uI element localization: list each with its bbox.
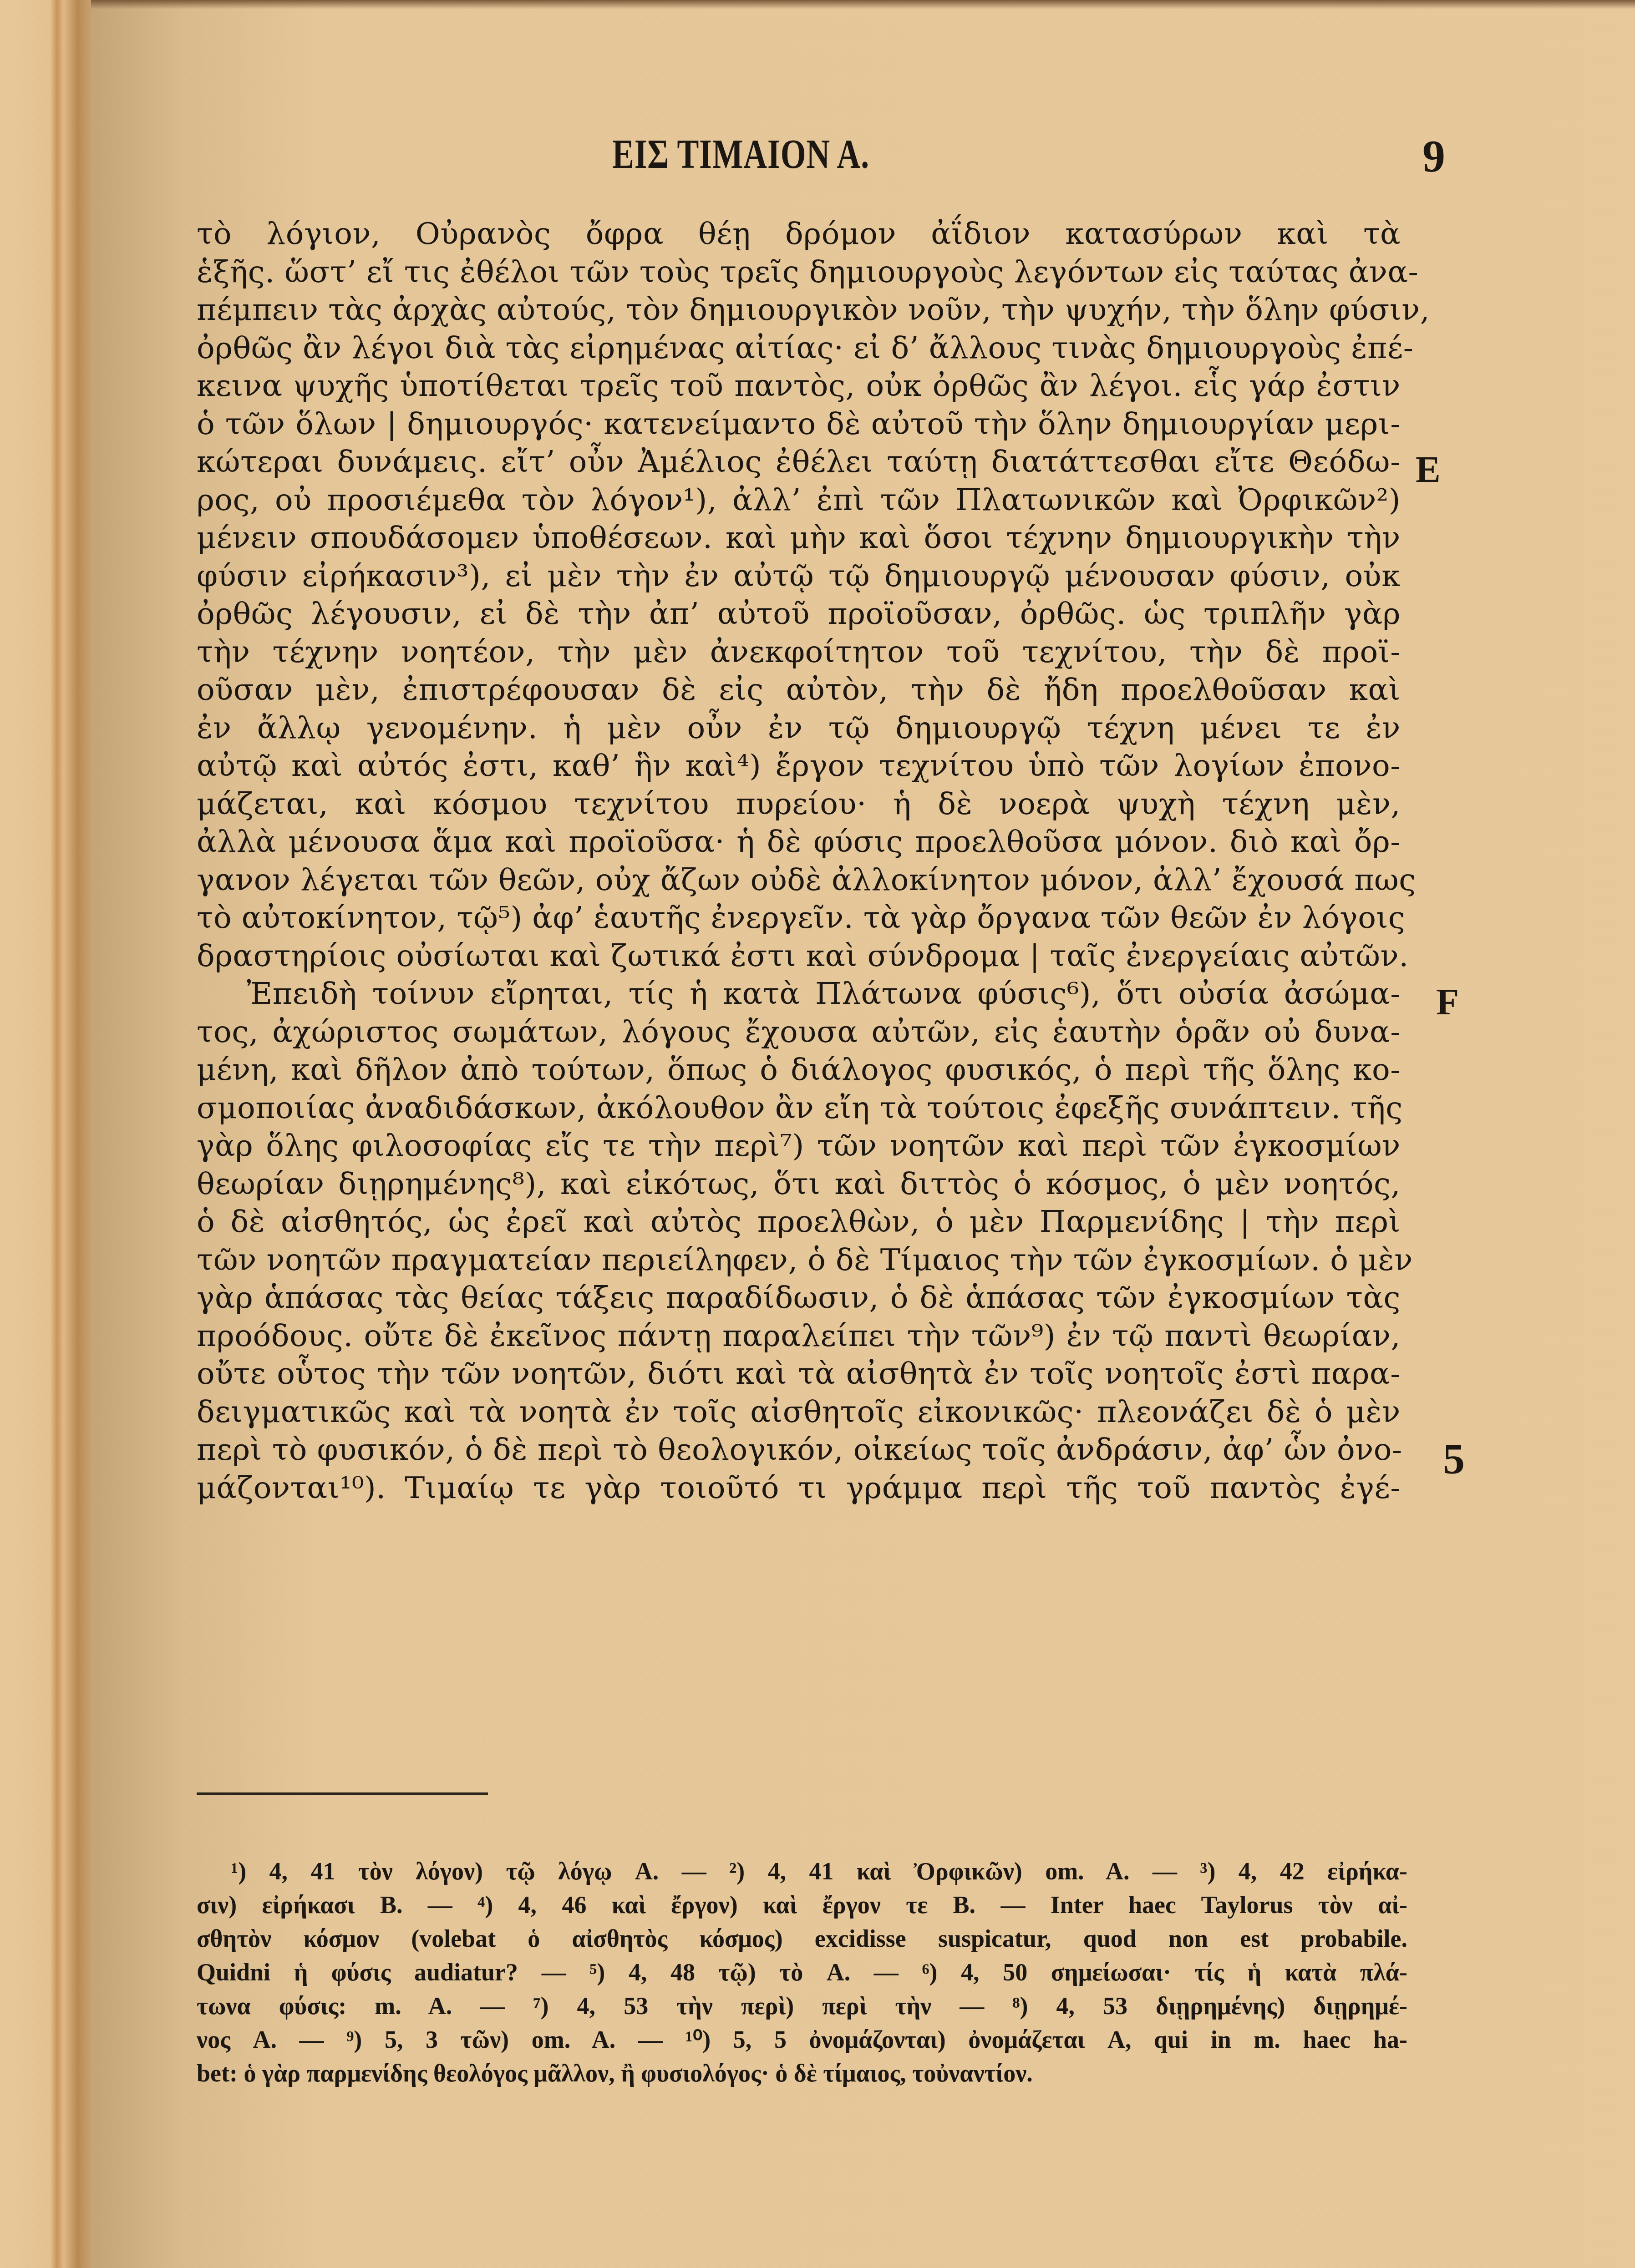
text-line: οῦσαν μὲν, ἐπιστρέφουσαν δὲ εἰς αὐτὸν, τ… — [197, 671, 1401, 709]
text-line: μάζεται, καὶ κόσμου τεχνίτου πυρείου· ἡ … — [197, 785, 1401, 823]
paragraph-start-line: Ἐπειδὴ τοίνυν εἴρηται, τίς ἡ κατὰ Πλάτων… — [197, 975, 1401, 1013]
text-line: τὸ αὐτοκίνητον, τῷ⁵) ἀφ’ ἑαυτῆς ἐνεργεῖν… — [197, 899, 1401, 937]
page-number: 9 — [1422, 130, 1445, 182]
text-line: δραστηρίοις οὐσίωται καὶ ζωτικά ἐστι καὶ… — [197, 937, 1401, 975]
footnote-line: σιν) εἰρήκασι B. — ⁴) 4, 46 καὶ ἔργον) κ… — [197, 1888, 1407, 1922]
footnote-line: ¹) 4, 41 τὸν λόγον) τῷ λόγῳ A. — ²) 4, 4… — [197, 1854, 1407, 1888]
text-line: τὴν τέχνην νοητέον, τὴν μὲν ἀνεκφοίτητον… — [197, 633, 1401, 671]
text-line: κώτεραι δυνάμεις. εἴτ’ οὖν Ἀμέλιος ἐθέλε… — [197, 443, 1401, 481]
text-line: θεωρίαν διῃρημένης⁸), καὶ εἰκότως, ὅτι κ… — [197, 1165, 1401, 1203]
footnote-separator-rule — [197, 1792, 488, 1795]
text-line: ἑξῆς. ὥστ’ εἴ τις ἐθέλοι τῶν τοὺς τρεῖς … — [197, 253, 1401, 291]
footnote-line: σθητὸν κόσμον (volebat ὁ αἰσθητὸς κόσμος… — [197, 1922, 1407, 1955]
text-line: σμοποιίας ἀναδιδάσκων, ἀκόλουθον ἂν εἴη … — [197, 1089, 1401, 1127]
text-line: ὁ τῶν ὅλων | δημιουργός· κατενείμαντο δὲ… — [197, 405, 1401, 443]
text-line: κεινα ψυχῆς ὑποτίθεται τρεῖς τοῦ παντὸς,… — [197, 367, 1401, 405]
footnote-line: νος A. — ⁹) 5, 3 τῶν) om. A. — ¹⁰) 5, 5 … — [197, 2023, 1407, 2056]
margin-reference-f: F — [1436, 981, 1459, 1023]
text-line: αὐτῷ καὶ αὐτός ἐστι, καθ’ ἣν καὶ⁴) ἔργον… — [197, 747, 1401, 785]
text-line: ἀλλὰ μένουσα ἅμα καὶ προϊοῦσα· ἡ δὲ φύσι… — [197, 823, 1401, 861]
footnote-line: τωνα φύσις: m. A. — ⁷) 4, 53 τὴν περὶ) π… — [197, 1989, 1407, 2023]
text-line: μένη, καὶ δῆλον ἀπὸ τούτων, ὅπως ὁ διάλο… — [197, 1051, 1401, 1089]
book-spine-gutter — [0, 0, 91, 2268]
margin-reference-5: 5 — [1443, 1433, 1465, 1484]
text-line: τος, ἀχώριστος σωμάτων, λόγους ἔχουσα αὐ… — [197, 1013, 1401, 1051]
text-line: οὔτε οὗτος τὴν τῶν νοητῶν, διότι καὶ τὰ … — [197, 1355, 1401, 1393]
text-line: τῶν νοητῶν πραγματείαν περιείληφεν, ὁ δὲ… — [197, 1241, 1401, 1279]
page-header: ΕΙΣ ΤΙΜΑΙΟΝ Α. 9 — [612, 130, 1445, 180]
text-line: ὀρθῶς ἂν λέγοι διὰ τὰς εἰρημένας αἰτίας·… — [197, 329, 1401, 367]
page-top-shadow — [91, 0, 1635, 9]
footnotes: ¹) 4, 41 τὸν λόγον) τῷ λόγῳ A. — ²) 4, 4… — [197, 1854, 1407, 2090]
running-title: ΕΙΣ ΤΙΜΑΙΟΝ Α. — [612, 130, 869, 178]
text-line: ὀρθῶς λέγουσιν, εἰ δὲ τὴν ἀπ’ αὐτοῦ προϊ… — [197, 595, 1401, 633]
text-line: φύσιν εἰρήκασιν³), εἰ μὲν τὴν ἐν αὐτῷ τῷ… — [197, 557, 1401, 595]
text-line: ρος, οὐ προσιέμεθα τὸν λόγον¹), ἀλλ’ ἐπὶ… — [197, 481, 1401, 519]
margin-reference-e: E — [1416, 448, 1441, 491]
text-line: περὶ τὸ φυσικόν, ὁ δὲ περὶ τὸ θεολογικόν… — [197, 1431, 1401, 1469]
text-line: γὰρ ἁπάσας τὰς θείας τάξεις παραδίδωσιν,… — [197, 1279, 1401, 1317]
text-line: πέμπειν τὰς ἀρχὰς αὐτούς, τὸν δημιουργικ… — [197, 291, 1401, 329]
text-line: τὸ λόγιον, Οὐρανὸς ὄφρα θέῃ δρόμον ἀΐδιο… — [197, 215, 1401, 253]
text-line: δειγματικῶς καὶ τὰ νοητὰ ἐν τοῖς αἰσθητο… — [197, 1393, 1401, 1431]
text-line: γὰρ ὅλης φιλοσοφίας εἴς τε τὴν περὶ⁷) τῶ… — [197, 1127, 1401, 1165]
text-line: μένειν σπουδάσομεν ὑποθέσεων. καὶ μὴν κα… — [197, 519, 1401, 557]
text-line: προόδους. οὔτε δὲ ἐκεῖνος πάντῃ παραλείπ… — [197, 1317, 1401, 1355]
text-line: γανον λέγεται τῶν θεῶν, οὐχ ἄζων οὐδὲ ἀλ… — [197, 861, 1401, 899]
text-line: ἐν ἄλλῳ γενομένην. ἡ μὲν οὖν ἐν τῷ δημιο… — [197, 709, 1401, 747]
footnote-line: Quidni ἡ φύσις audiatur? — ⁵) 4, 48 τῷ) … — [197, 1955, 1407, 1989]
text-line: μάζονται¹⁰). Τιμαίῳ τε γὰρ τοιοῦτό τι γρ… — [197, 1469, 1401, 1507]
main-text: τὸ λόγιον, Οὐρανὸς ὄφρα θέῃ δρόμον ἀΐδιο… — [197, 215, 1401, 1507]
footnote-line: bet: ὁ γὰρ παρμενίδης θεολόγος μᾶλλον, ἢ… — [197, 2056, 1407, 2090]
text-line: ὁ δὲ αἰσθητός, ὡς ἐρεῖ καὶ αὐτὸς προελθὼ… — [197, 1203, 1401, 1241]
